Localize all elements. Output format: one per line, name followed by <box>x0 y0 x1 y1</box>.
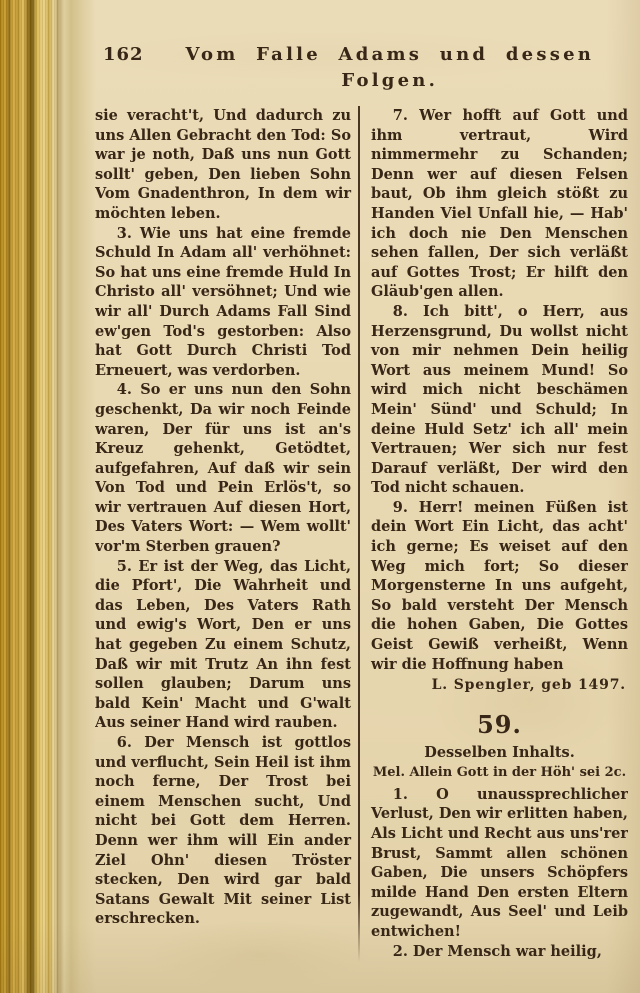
scanned-hymnal-page: 162 Vom Falle Adams und dessen Folgen. s… <box>0 0 640 993</box>
verse-continuation: sie veracht't, Und dadurch zu uns Allen … <box>95 106 351 224</box>
verse-8: 8. Ich bitt', o Herr, aus Herzensgrund, … <box>371 302 628 498</box>
hymn-section-heading: 59. Desselben Inhalts. Mel. Allein Gott … <box>371 710 628 782</box>
verse-5: 5. Er ist der Weg, das Licht, die Pfort'… <box>95 557 351 733</box>
hymn-subtitle: Desselben Inhalts. <box>371 742 628 763</box>
verse-7: 7. Wer hofft auf Gott und ihm vertraut, … <box>371 106 628 302</box>
book-fore-edge <box>0 0 96 993</box>
two-column-text: sie veracht't, Und dadurch zu uns Allen … <box>95 106 628 962</box>
page-content: 162 Vom Falle Adams und dessen Folgen. s… <box>95 42 628 962</box>
verse-4: 4. So er uns nun den Sohn geschenkt, Da … <box>95 380 351 556</box>
verse-9: 9. Herr! meinen Füßen ist dein Wort Ein … <box>371 498 628 674</box>
page-number: 162 <box>103 42 144 68</box>
author-attribution: L. Spengler, geb 1497. <box>371 676 626 696</box>
right-column: 7. Wer hofft auf Gott und ihm vertraut, … <box>360 106 628 962</box>
hymn-melody-line: Mel. Allein Gott in der Höh' sei 2c. <box>371 763 628 782</box>
hymn-number: 59. <box>371 710 628 740</box>
verse-3: 3. Wie uns hat eine fremde Schuld In Ada… <box>95 224 351 381</box>
verse-2-partial: 2. Der Mensch war heilig, <box>371 942 628 962</box>
running-header: 162 Vom Falle Adams und dessen Folgen. <box>103 42 626 94</box>
page-title: Vom Falle Adams und dessen Folgen. <box>144 42 626 94</box>
verse-1: 1. O unaussprechlicher Verlust, Den wir … <box>371 785 628 942</box>
left-column: sie veracht't, Und dadurch zu uns Allen … <box>95 106 358 962</box>
verse-6: 6. Der Mensch ist gottlos und verflucht,… <box>95 733 351 929</box>
